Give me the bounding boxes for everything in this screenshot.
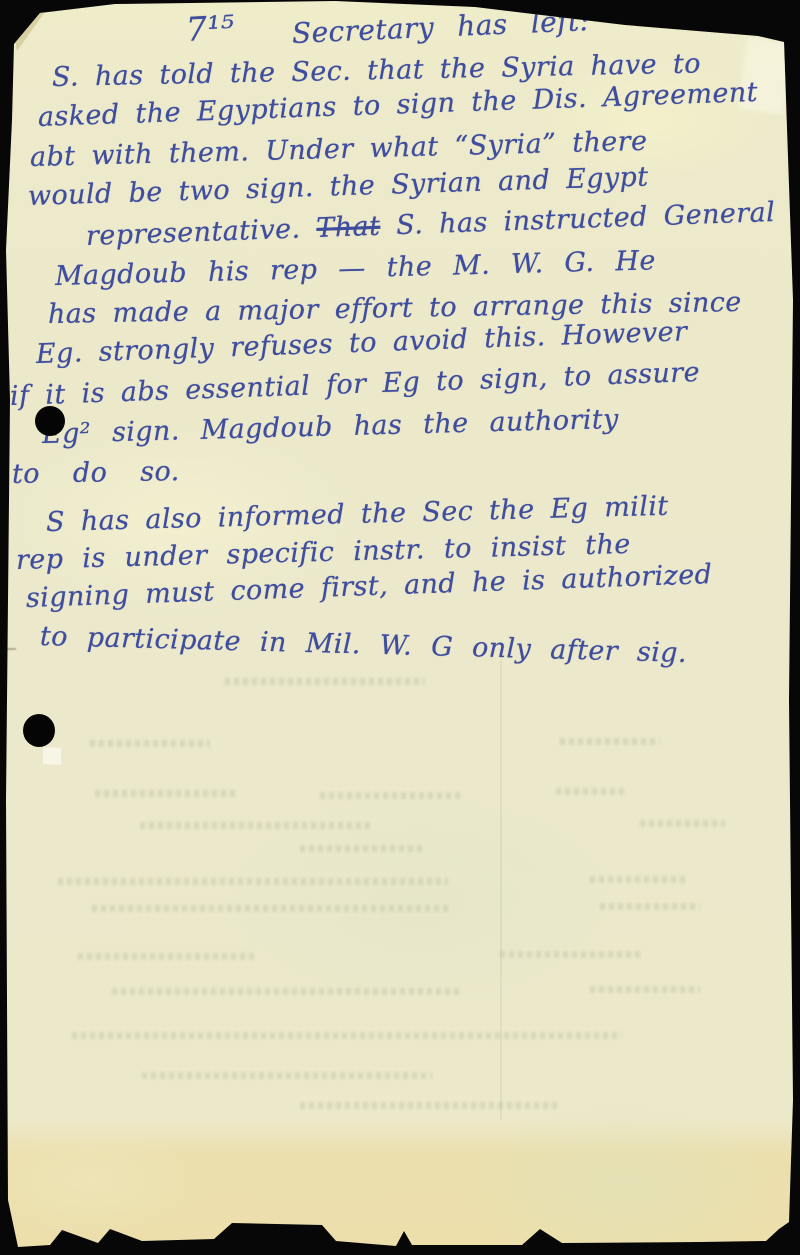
bleed-through-line (560, 738, 660, 745)
bleed-through-line (320, 792, 460, 799)
scanned-page: 7¹⁵ Secretary has left: S. has told the … (0, 0, 800, 1255)
bleed-through-line (300, 845, 425, 852)
bleed-through-line (95, 790, 235, 797)
handwritten-line: Magdoub his rep — the M. W. G. He (55, 247, 656, 290)
bleed-through-line (90, 740, 210, 747)
bleed-through-line (142, 1072, 432, 1079)
bleed-through-line (112, 988, 462, 995)
bleed-through-line (590, 986, 700, 993)
bleed-through-line (72, 1032, 622, 1039)
punch-hole (35, 406, 65, 436)
bleed-through-line (92, 905, 452, 912)
note-page-paper: 7¹⁵ Secretary has left: S. has told the … (0, 0, 800, 1255)
struck-word: That (316, 211, 381, 244)
bleed-through-line (640, 820, 725, 827)
heading-title: Secretary has left: (291, 7, 590, 48)
bleed-through-line (140, 822, 370, 829)
bleed-through-line (600, 903, 700, 910)
folded-corner (9, 9, 49, 51)
bleed-through-line (556, 788, 626, 795)
heading-time: 7¹⁵ (185, 10, 235, 46)
bleed-through-line (300, 1102, 560, 1109)
line-text: S. has instructed General (380, 197, 776, 242)
line-text: representative. (85, 213, 316, 252)
paper-crease (500, 660, 502, 1120)
bleed-through-line (590, 876, 685, 883)
handwritten-line: to participate in Mil. W. G only after s… (40, 623, 688, 667)
bleed-through-line (58, 878, 448, 885)
punch-hole (23, 714, 55, 747)
handwritten-line: to do so. (12, 458, 180, 488)
bleed-through-line (78, 953, 258, 960)
paper-crease (0, 648, 16, 650)
bleed-through-line (500, 951, 640, 958)
handwritten-line: Eg² sign. Magdoub has the authority (42, 406, 619, 448)
bleed-through-line (225, 678, 425, 685)
